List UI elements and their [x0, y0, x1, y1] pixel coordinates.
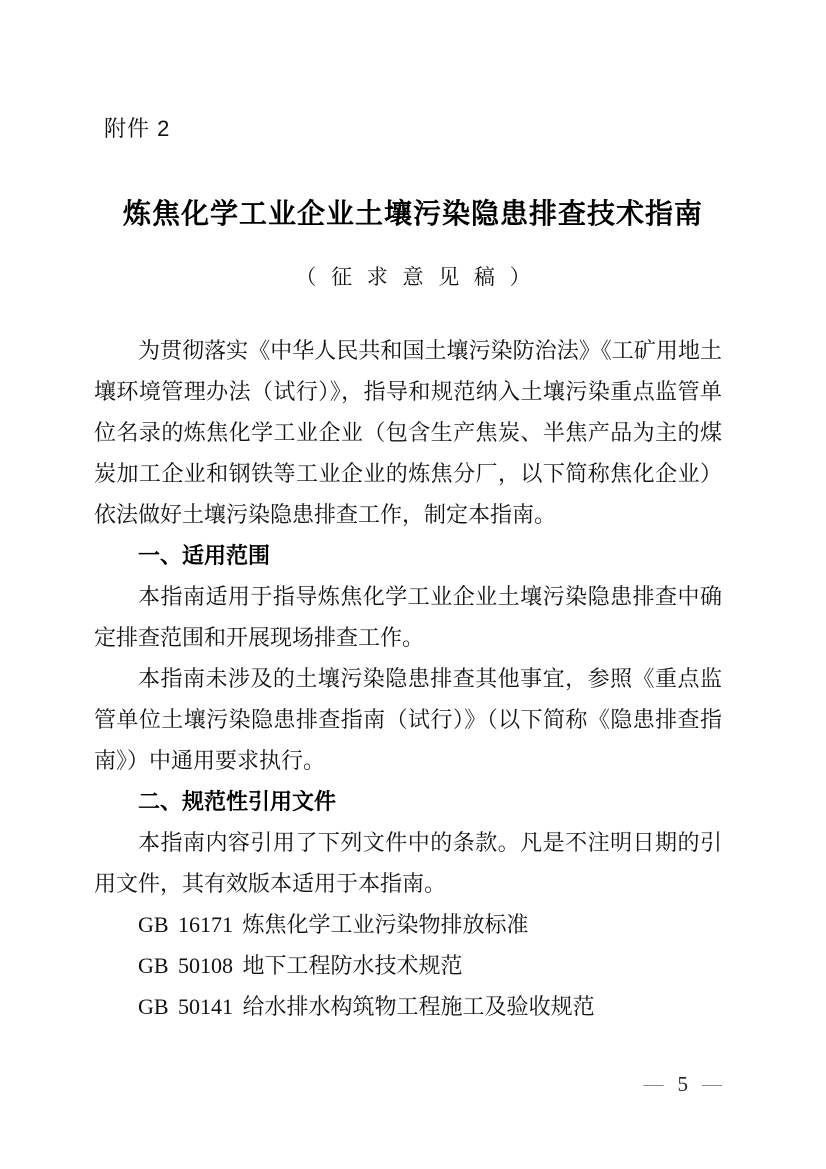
footer-dash-left: — — [644, 1071, 664, 1097]
reference-item-gb50141: GB 50141 给水排水构筑物工程施工及验收规范 — [94, 986, 722, 1027]
section-2-paragraph-1: 本指南内容引用了下列文件中的条款。凡是不注明日期的引用文件，其有效版本适用于本指… — [94, 822, 722, 904]
document-subtitle: （征求意见稿） — [0, 263, 826, 291]
document-page: 附件 2 炼焦化学工业企业土壤污染隐患排查技术指南 （征求意见稿） 为贯彻落实《… — [0, 0, 826, 1169]
reference-item-gb16171: GB 16171 炼焦化学工业污染物排放标准 — [94, 904, 722, 945]
page-number: 5 — [678, 1071, 689, 1097]
section-2-heading: 二、规范性引用文件 — [94, 781, 722, 822]
section-1-paragraph-2: 本指南未涉及的土壤污染隐患排查其他事宜，参照《重点监管单位土壤污染隐患排查指南（… — [94, 658, 722, 781]
section-1-paragraph-1: 本指南适用于指导炼焦化学工业企业土壤污染隐患排查中确定排查范围和开展现场排查工作… — [94, 576, 722, 658]
document-title: 炼焦化学工业企业土壤污染隐患排查技术指南 — [0, 197, 826, 231]
section-1-heading: 一、适用范围 — [94, 535, 722, 576]
page-footer: — 5 — — [644, 1071, 723, 1097]
document-body: 为贯彻落实《中华人民共和国土壤污染防治法》《工矿用地土壤环境管理办法（试行）》，… — [94, 330, 722, 1027]
reference-item-gb50108: GB 50108 地下工程防水技术规范 — [94, 945, 722, 986]
footer-dash-right: — — [702, 1071, 722, 1097]
intro-paragraph: 为贯彻落实《中华人民共和国土壤污染防治法》《工矿用地土壤环境管理办法（试行）》，… — [94, 330, 722, 535]
attachment-label: 附件 2 — [104, 114, 170, 144]
